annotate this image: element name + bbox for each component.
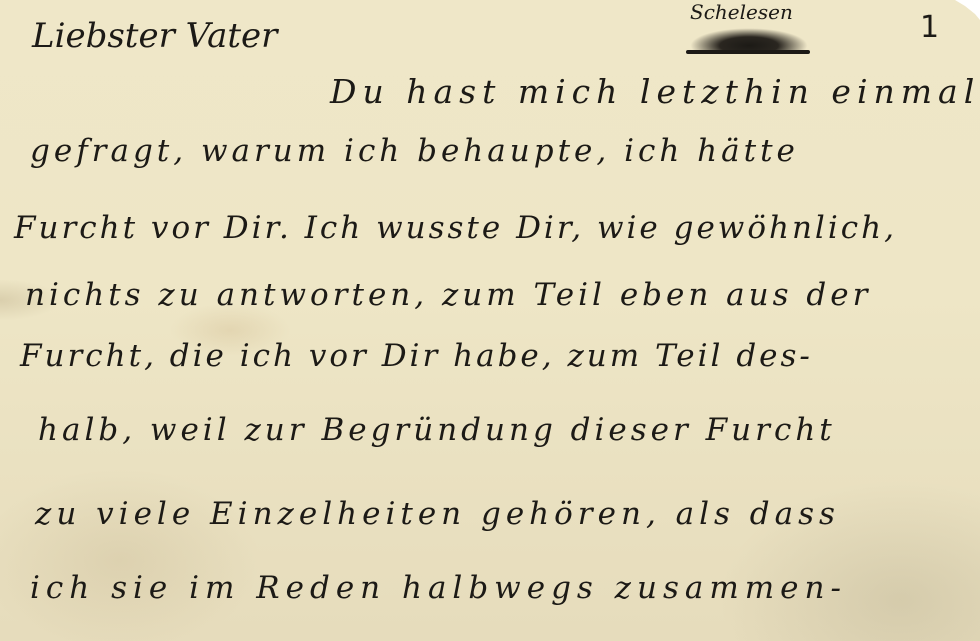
page-number: 1 xyxy=(920,10,939,45)
text-line-6: halb, weil zur Begründung dieser Furcht xyxy=(38,412,836,448)
letter-page: Schelesen 1 Liebster Vater Du hast mich … xyxy=(0,0,980,641)
salutation: Liebster Vater xyxy=(32,16,277,56)
text-line-5: Furcht, die ich vor Dir habe, zum Teil d… xyxy=(20,338,813,374)
text-line-1: Du hast mich letzthin einmal xyxy=(330,72,980,111)
text-line-8: ich sie im Reden halbwegs zusammen- xyxy=(30,570,847,606)
ink-smudge xyxy=(690,28,808,50)
text-line-2: gefragt, warum ich behaupte, ich hätte xyxy=(30,133,799,169)
header-note: Schelesen xyxy=(690,0,793,24)
text-line-3: Furcht vor Dir. Ich wusste Dir, wie gewö… xyxy=(14,210,897,246)
header-underline xyxy=(686,50,810,54)
text-line-7: zu viele Einzelheiten gehören, als dass xyxy=(35,496,840,532)
text-line-4: nichts zu antworten, zum Teil eben aus d… xyxy=(25,277,871,313)
